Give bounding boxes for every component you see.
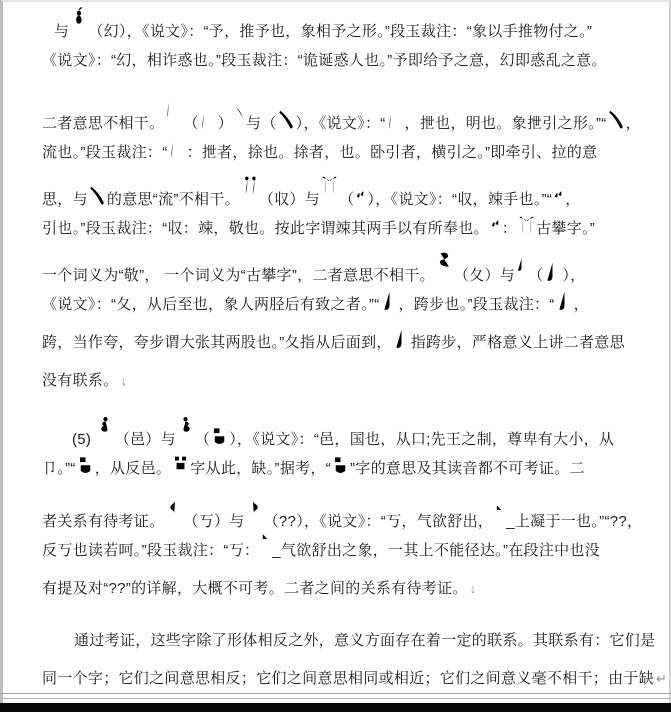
page-bottom-edge bbox=[0, 693, 671, 699]
text-run: 古攀字。” bbox=[536, 220, 595, 237]
text-line: 引也。”段玉裁注：“収：竦，敬也。按此字谓竦其两手以有所奉也。：古攀字。” bbox=[42, 210, 647, 248]
seal-huan-icon bbox=[69, 4, 88, 29]
text-run: 思，与 bbox=[42, 191, 88, 208]
text-run: 者关系有待考证。 bbox=[42, 513, 164, 530]
text-run: 反丂也读若呵。”段玉裁注：“丂： bbox=[42, 542, 259, 559]
text-run: （ bbox=[183, 115, 198, 132]
seal-pan-small-icon bbox=[489, 217, 502, 232]
seal-pan-small-icon bbox=[552, 188, 565, 203]
text-run: 引也。”段玉裁注：“収：竦，敬也。按此字谓竦其两手以有所奉也。 bbox=[42, 220, 489, 237]
seal-kua-bold-icon bbox=[392, 326, 411, 351]
text-line: 通过考证，这些字除了形体相反之外，意义方面存在着一定的联系。其联系有：它们是 bbox=[42, 622, 647, 660]
seal-yi2-bold-icon bbox=[607, 107, 626, 132]
seal-kao-icon bbox=[164, 494, 183, 519]
text-run: 没有联系。 bbox=[42, 372, 119, 389]
seal-pan-icon bbox=[320, 172, 339, 197]
seal-kua-thin-icon bbox=[515, 257, 528, 272]
seal-yi2-bold-icon bbox=[88, 183, 107, 208]
text-run: 的意思“流”不相干。 bbox=[107, 191, 240, 208]
seal-pan-icon bbox=[517, 212, 536, 237]
text-line: 者关系有待考证。（丂）与（??），《说文》：“丂，气欲舒出，_上凝于一也。”“?… bbox=[42, 494, 647, 532]
text-run: 卩。”“ bbox=[42, 460, 76, 477]
seal-yi-city-reversed-icon bbox=[176, 412, 195, 437]
seal-shou-icon bbox=[240, 172, 259, 197]
text-line: 跨，当作夸，夸步谓大张其两股也。”夂指从后面到，指跨步，严格意义上讲二者意思 bbox=[42, 324, 647, 362]
text-run: （ bbox=[528, 267, 543, 284]
seal-kao-small-icon bbox=[259, 532, 272, 547]
text-run: （邑）与 bbox=[115, 431, 176, 448]
text-run: 指跨步，严格意义上讲二者意思 bbox=[411, 334, 625, 351]
seal-xiang-icon bbox=[171, 452, 190, 477]
seal-reversed-yi-char-icon bbox=[331, 452, 350, 477]
text-run: _气欲舒出之象，一其上不能径达。”在段注中也没 bbox=[272, 542, 600, 559]
seal-yi-icon bbox=[164, 96, 183, 121]
text-run: ），《说文》：“邑，国也，从口;先王之制，尊卑有大小，从 bbox=[229, 431, 614, 448]
seal-reversed-yi-char-icon bbox=[76, 452, 95, 477]
text-run: ， bbox=[574, 296, 589, 313]
text-run: ： bbox=[502, 220, 517, 237]
seal-kao-reversed-icon bbox=[245, 494, 264, 519]
seal-kua-bold-icon bbox=[555, 288, 574, 313]
seal-reversed-yi-char-icon bbox=[210, 423, 229, 448]
text-run: _上凝于一也。”“??， bbox=[506, 513, 642, 530]
bottom-black-band bbox=[0, 703, 671, 712]
text-run: ，从反邑。 bbox=[95, 460, 172, 477]
text-run: （夂）与 bbox=[454, 267, 515, 284]
text-line: 有提及对“??”的详解，大概不可考。二者之间的关系有待考证。↓ bbox=[42, 570, 647, 608]
text-line: 《说文》：“幻，相诈惑也。”段玉裁注：“诡诞惑人也。”予即给予之意，幻即惑乱之意… bbox=[42, 42, 647, 80]
text-run: ），《说文》：“ bbox=[296, 115, 386, 132]
text-run: (5) bbox=[72, 431, 96, 448]
text-run: ）， bbox=[562, 267, 585, 284]
text-run: 《说文》：“幻，相诈惑也。”段玉裁注：“诡诞惑人也。”予即给予之意，幻即惑乱之意… bbox=[42, 52, 607, 69]
text-run: ，抴也，明也。象抴引之形。”“ bbox=[405, 115, 607, 132]
text-run: （ bbox=[195, 431, 210, 448]
seal-yi-city-icon bbox=[96, 412, 115, 437]
text-line: 《说文》：“夂，从后至也，象人两胫后有致之者。”“，跨步也。”段玉裁注：“， bbox=[42, 286, 647, 324]
seal-yi2-bold-icon bbox=[277, 107, 296, 132]
seal-yi2-thin-icon bbox=[233, 105, 246, 120]
text-line: 一个词义为“敬”， 一个词义为“古攀字”，二者意思不相干。（夂）与（）， bbox=[42, 248, 647, 286]
seal-pan-small-icon bbox=[354, 188, 367, 203]
text-run: 与 bbox=[54, 23, 69, 40]
text-run: ：抴者，捈也。捈者，也。卧引者，横引之。”即牵引、拉的意 bbox=[187, 144, 598, 161]
text-run: 字从此，缺。”据考，“ bbox=[190, 460, 331, 477]
text-line: 流也。”段玉裁注：“：抴者，捈也。捈者，也。卧引者，横引之。”即牵引、拉的意 bbox=[42, 134, 647, 172]
text-line: 思，与的意思“流”不相干。（収）与（），《说文》：“収，竦手也。”“， bbox=[42, 172, 647, 210]
text-run: ， bbox=[565, 191, 580, 208]
text-run: （収）与 bbox=[259, 191, 320, 208]
seal-kao-small-icon bbox=[493, 503, 506, 518]
paragraph-return-mark-icon: ↵ bbox=[654, 671, 667, 686]
text-run: （幻），《说文》：“予，推予也，象相予之形。”段玉裁注：“象以手推物付之。” bbox=[88, 23, 592, 40]
line-break-mark-icon: ↓ bbox=[468, 581, 477, 596]
text-run: ”字的意思及其读音都不可考证。二 bbox=[350, 460, 585, 477]
document-body[interactable]: 与（幻），《说文》：“予，推予也，象相予之形。”段玉裁注：“象以手推物付之。”《… bbox=[42, 4, 647, 698]
seal-yi-icon bbox=[386, 107, 405, 132]
text-run: ） bbox=[218, 115, 233, 132]
seal-kua-bold-icon bbox=[543, 259, 562, 284]
seal-yi-icon bbox=[168, 136, 187, 161]
text-run: 有提及对“??”的详解，大概不可考。二者之间的关系有待考证。 bbox=[42, 580, 468, 597]
text-run: ， bbox=[626, 115, 641, 132]
document-page: 与（幻），《说文》：“予，推予也，象相予之形。”段玉裁注：“象以手推物付之。”《… bbox=[0, 0, 671, 712]
line-break-mark-icon: ↓ bbox=[119, 373, 128, 388]
text-run: ，跨步也。”段玉裁注：“ bbox=[399, 296, 555, 313]
text-line: (5) （邑）与（），《说文》：“邑，国也，从口;先王之制，尊卑有大小，从 bbox=[42, 412, 647, 450]
text-run: 一个词义为“敬”， 一个词义为“古攀字”，二者意思不相干。 bbox=[42, 267, 435, 284]
text-run: 通过考证，这些字除了形体相反之外，意义方面存在着一定的联系。其联系有：它们是 bbox=[74, 632, 655, 649]
text-line: 与（幻），《说文》：“予，推予也，象相予之形。”段玉裁注：“象以手推物付之。” bbox=[42, 4, 647, 42]
text-line: 没有联系。↓ bbox=[42, 362, 647, 400]
text-run: ），《说文》：“収，竦手也。”“ bbox=[367, 191, 552, 208]
text-line: 二者意思不相干。（）与（），《说文》：“，抴也，明也。象抴引之形。”“， bbox=[42, 96, 647, 134]
seal-yi-icon bbox=[199, 107, 218, 132]
text-run: 流也。”段玉裁注：“ bbox=[42, 144, 168, 161]
text-run: 《说文》：“夂，从后至也，象人两胫后有致之者。”“ bbox=[42, 296, 380, 313]
text-line: 卩。”“，从反邑。字从此，缺。”据考，“”字的意思及其读音都不可考证。二 bbox=[42, 450, 647, 488]
text-run: 跨，当作夸，夸步谓大张其两股也。”夂指从后面到， bbox=[42, 334, 392, 351]
text-run: 二者意思不相干。 bbox=[42, 115, 164, 132]
text-line: 反丂也读若呵。”段玉裁注：“丂：_气欲舒出之象，一其上不能径达。”在段注中也没 bbox=[42, 532, 647, 570]
text-run: （ bbox=[339, 191, 354, 208]
text-run: 与（ bbox=[246, 115, 277, 132]
text-run: （丂）与 bbox=[183, 513, 244, 530]
seal-kua-bold-icon bbox=[380, 288, 399, 313]
seal-zhi-icon bbox=[435, 248, 454, 273]
text-run: 同一个字；它们之间意思相反；它们之间意思相同或相近；它们之间意义毫不相干；由于缺 bbox=[42, 670, 654, 687]
text-run: （??），《说文》：“丂，气欲舒出， bbox=[264, 513, 494, 530]
